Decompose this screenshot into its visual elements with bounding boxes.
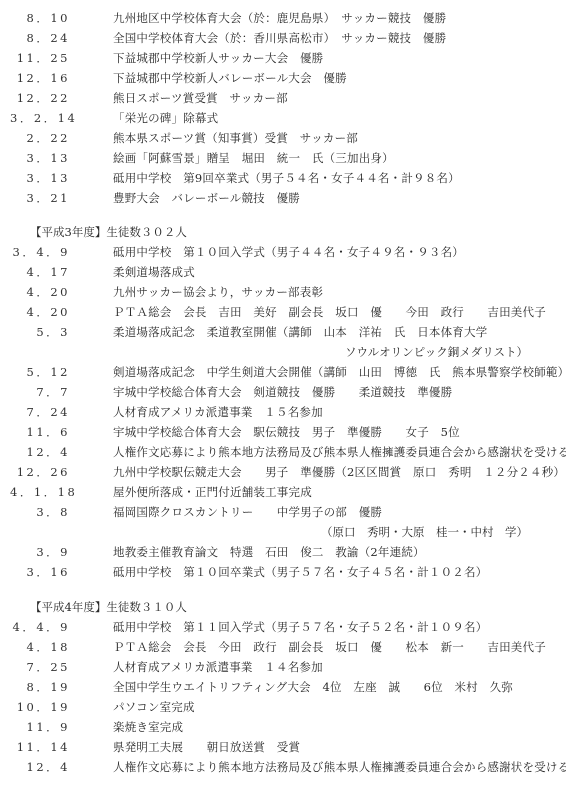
list-item: 3．9地教委主催教育論文 特選 石田 俊二 教諭（2年連続）: [0, 542, 566, 562]
list-item: 4．1．18屋外便所落成・正門付近舗装工事完成: [0, 482, 566, 502]
list-item: 7．25人材育成アメリカ派遣事業 １４名参加: [0, 657, 566, 677]
event-text: ＰＴＡ総会 会長 吉田 美好 副会長 坂口 優 今田 政行 吉田美代子: [113, 302, 546, 322]
list-item: 3．4．9砥用中学校 第１０回入学式（男子４４名・女子４９名・９３名）: [0, 242, 566, 262]
event-date: 3．2．14: [10, 108, 70, 128]
list-item: 8．24全国中学校体育大会（於：香川県高松市） サッカー競技 優勝: [0, 28, 566, 48]
list-item-continuation: （原口 秀明・大原 桂一・中村 学）: [0, 522, 566, 542]
event-text: 宇城中学校総合体育大会 剣道競技 優勝 柔道競技 準優勝: [113, 382, 452, 402]
event-date: 4．17: [10, 262, 70, 282]
list-item: 12．22熊日スポーツ賞受賞 サッカー部: [0, 88, 566, 108]
list-item: 8．10九州地区中学校体育大会（於：鹿児島県） サッカー競技 優勝: [0, 8, 566, 28]
event-date: 3．4．9: [10, 242, 70, 262]
event-text-continuation: （原口 秀明・大原 桂一・中村 学）: [0, 522, 528, 542]
event-text: 九州中学校駅伝競走大会 男子 準優勝（2区区間賞 原口 秀明 １２分２４秒）: [113, 462, 565, 482]
event-text-continuation: ソウルオリンピック銅メダリスト）: [0, 342, 528, 362]
list-item: 4．18ＰＴＡ総会 会長 今田 政行 副会長 坂口 優 松本 新一 吉田美代子: [0, 637, 566, 657]
event-date: 8．10: [10, 8, 70, 28]
event-text: ＰＴＡ総会 会長 今田 政行 副会長 坂口 優 松本 新一 吉田美代子: [113, 637, 546, 657]
event-date: 5．3: [10, 322, 70, 342]
event-date: 4．1．18: [10, 482, 70, 502]
event-date: 2．22: [10, 128, 70, 148]
event-text: 柔剣道場落成式: [113, 262, 195, 282]
event-text: 人材育成アメリカ派遣事業 １４名参加: [113, 657, 323, 677]
list-item: 3．2．14「栄光の碑」除幕式: [0, 108, 566, 128]
event-date: 12．4: [10, 757, 70, 777]
event-text: 福岡国際クロスカントリー 中学男子の部 優勝: [113, 502, 382, 522]
list-item: 2．22熊本県スポーツ賞（知事賞）受賞 サッカー部: [0, 128, 566, 148]
list-item: 3．13絵画「阿蘇雪景」贈呈 堀田 統一 氏（三加出身）: [0, 148, 566, 168]
event-text: 屋外便所落成・正門付近舗装工事完成: [113, 482, 312, 502]
list-item: 11．6宇城中学校総合体育大会 駅伝競技 男子 準優勝 女子 5位: [0, 422, 566, 442]
event-text: 下益城郡中学校新人サッカー大会 優勝: [113, 48, 323, 68]
list-item: 12．26九州中学校駅伝競走大会 男子 準優勝（2区区間賞 原口 秀明 １２分２…: [0, 462, 566, 482]
list-item: 10．19パソコン室完成: [0, 697, 566, 717]
list-item: 7．24人材育成アメリカ派遣事業 １５名参加: [0, 402, 566, 422]
list-item: 12．4人権作文応募により熊本地方法務局及び熊本県人権擁護委員連合会から感謝状を…: [0, 757, 566, 777]
event-text: 砥用中学校 第１１回入学式（男子５７名・女子５２名・計１０９名）: [113, 617, 487, 637]
list-item: 7．7宇城中学校総合体育大会 剣道競技 優勝 柔道競技 準優勝: [0, 382, 566, 402]
event-date: 12．4: [10, 442, 70, 462]
event-text: 県発明工夫展 朝日放送賞 受賞: [113, 737, 300, 757]
event-date: 4．4．9: [10, 617, 70, 637]
list-item: 11．9楽焼き室完成: [0, 717, 566, 737]
list-item: 11．14県発明工夫展 朝日放送賞 受賞: [0, 737, 566, 757]
list-item: 4．4．9砥用中学校 第１１回入学式（男子５７名・女子５２名・計１０９名）: [0, 617, 566, 637]
list-item: 3．8福岡国際クロスカントリー 中学男子の部 優勝: [0, 502, 566, 522]
event-date: 12．16: [10, 68, 70, 88]
list-item: 3．21豊野大会 バレーボール競技 優勝: [0, 188, 566, 208]
event-date: 7．24: [10, 402, 70, 422]
event-text: 宇城中学校総合体育大会 駅伝競技 男子 準優勝 女子 5位: [113, 422, 460, 442]
event-date: 11．25: [10, 48, 70, 68]
list-item: 8．19全国中学生ウエイトリフティング大会 4位 左座 誠 6位 米村 久弥: [0, 677, 566, 697]
event-date: 3．9: [10, 542, 70, 562]
event-text: 楽焼き室完成: [113, 717, 183, 737]
event-text: 熊本県スポーツ賞（知事賞）受賞 サッカー部: [113, 128, 358, 148]
event-date: 8．19: [10, 677, 70, 697]
event-text: 下益城郡中学校新人バレーボール大会 優勝: [113, 68, 347, 88]
event-date: 3．8: [10, 502, 70, 522]
event-text: 砥用中学校 第9回卒業式（男子５４名・女子４４名・計９８名）: [113, 168, 460, 188]
event-date: 7．25: [10, 657, 70, 677]
event-text: 全国中学校体育大会（於：香川県高松市） サッカー競技 優勝: [113, 28, 446, 48]
event-date: 12．22: [10, 88, 70, 108]
list-item: 4．20ＰＴＡ総会 会長 吉田 美好 副会長 坂口 優 今田 政行 吉田美代子: [0, 302, 566, 322]
list-item-continuation: ソウルオリンピック銅メダリスト）: [0, 342, 566, 362]
event-text: パソコン室完成: [113, 697, 195, 717]
list-item: 4．17柔剣道場落成式: [0, 262, 566, 282]
event-text: 九州地区中学校体育大会（於：鹿児島県） サッカー競技 優勝: [113, 8, 446, 28]
list-item: 12．16下益城郡中学校新人バレーボール大会 優勝: [0, 68, 566, 88]
event-text: 豊野大会 バレーボール競技 優勝: [113, 188, 300, 208]
event-text: 人権作文応募により熊本地方法務局及び熊本県人権擁護委員連合会から感謝状を受ける: [113, 757, 566, 777]
list-item: 11．25下益城郡中学校新人サッカー大会 優勝: [0, 48, 566, 68]
event-date: 8．24: [10, 28, 70, 48]
event-date: 3．16: [10, 562, 70, 582]
event-date: 4．20: [10, 302, 70, 322]
event-date: 12．26: [10, 462, 70, 482]
list-item: 12．4人権作文応募により熊本地方法務局及び熊本県人権擁護委員連合会から感謝状を…: [0, 442, 566, 462]
list-item: 3．13砥用中学校 第9回卒業式（男子５４名・女子４４名・計９８名）: [0, 168, 566, 188]
event-text: 「栄光の碑」除幕式: [113, 108, 218, 128]
event-text: 砥用中学校 第１０回卒業式（男子５７名・女子４５名・計１０２名）: [113, 562, 487, 582]
list-item: 4．20九州サッカー協会より，サッカー部表彰: [0, 282, 566, 302]
event-text: 人権作文応募により熊本地方法務局及び熊本県人権擁護委員連合会から感謝状を受ける: [113, 442, 566, 462]
list-item: 5．3柔道場落成記念 柔道教室開催（講師 山本 洋祐 氏 日本体育大学: [0, 322, 566, 342]
event-text: 全国中学生ウエイトリフティング大会 4位 左座 誠 6位 米村 久弥: [113, 677, 513, 697]
list-item: 5．12剣道場落成記念 中学生剣道大会開催（講師 山田 博徳 氏 熊本県警察学校…: [0, 362, 566, 382]
event-text: 地教委主催教育論文 特選 石田 俊二 教諭（2年連続）: [113, 542, 425, 562]
event-text: 剣道場落成記念 中学生剣道大会開催（講師 山田 博徳 氏 熊本県警察学校師範）: [113, 362, 566, 382]
event-date: 4．18: [10, 637, 70, 657]
document-page: 8．10九州地区中学校体育大会（於：鹿児島県） サッカー競技 優勝 8．24全国…: [0, 0, 566, 800]
event-date: 11．6: [10, 422, 70, 442]
event-date: 3．13: [10, 168, 70, 188]
event-text: 人材育成アメリカ派遣事業 １５名参加: [113, 402, 323, 422]
event-date: 3．21: [10, 188, 70, 208]
event-date: 5．12: [10, 362, 70, 382]
event-text: 熊日スポーツ賞受賞 サッカー部: [113, 88, 288, 108]
event-text: 柔道場落成記念 柔道教室開催（講師 山本 洋祐 氏 日本体育大学: [113, 322, 487, 342]
event-date: 7．7: [10, 382, 70, 402]
event-date: 11．14: [10, 737, 70, 757]
event-date: 4．20: [10, 282, 70, 302]
event-date: 11．9: [10, 717, 70, 737]
event-date: 3．13: [10, 148, 70, 168]
event-text: 絵画「阿蘇雪景」贈呈 堀田 統一 氏（三加出身）: [113, 148, 394, 168]
event-text: 九州サッカー協会より，サッカー部表彰: [113, 282, 323, 302]
section-heading: 【平成3年度】生徒数３０２人: [30, 222, 187, 242]
section-heading: 【平成4年度】生徒数３１０人: [30, 597, 187, 617]
list-item: 3．16砥用中学校 第１０回卒業式（男子５７名・女子４５名・計１０２名）: [0, 562, 566, 582]
event-text: 砥用中学校 第１０回入学式（男子４４名・女子４９名・９３名）: [113, 242, 464, 262]
event-date: 10．19: [10, 697, 70, 717]
